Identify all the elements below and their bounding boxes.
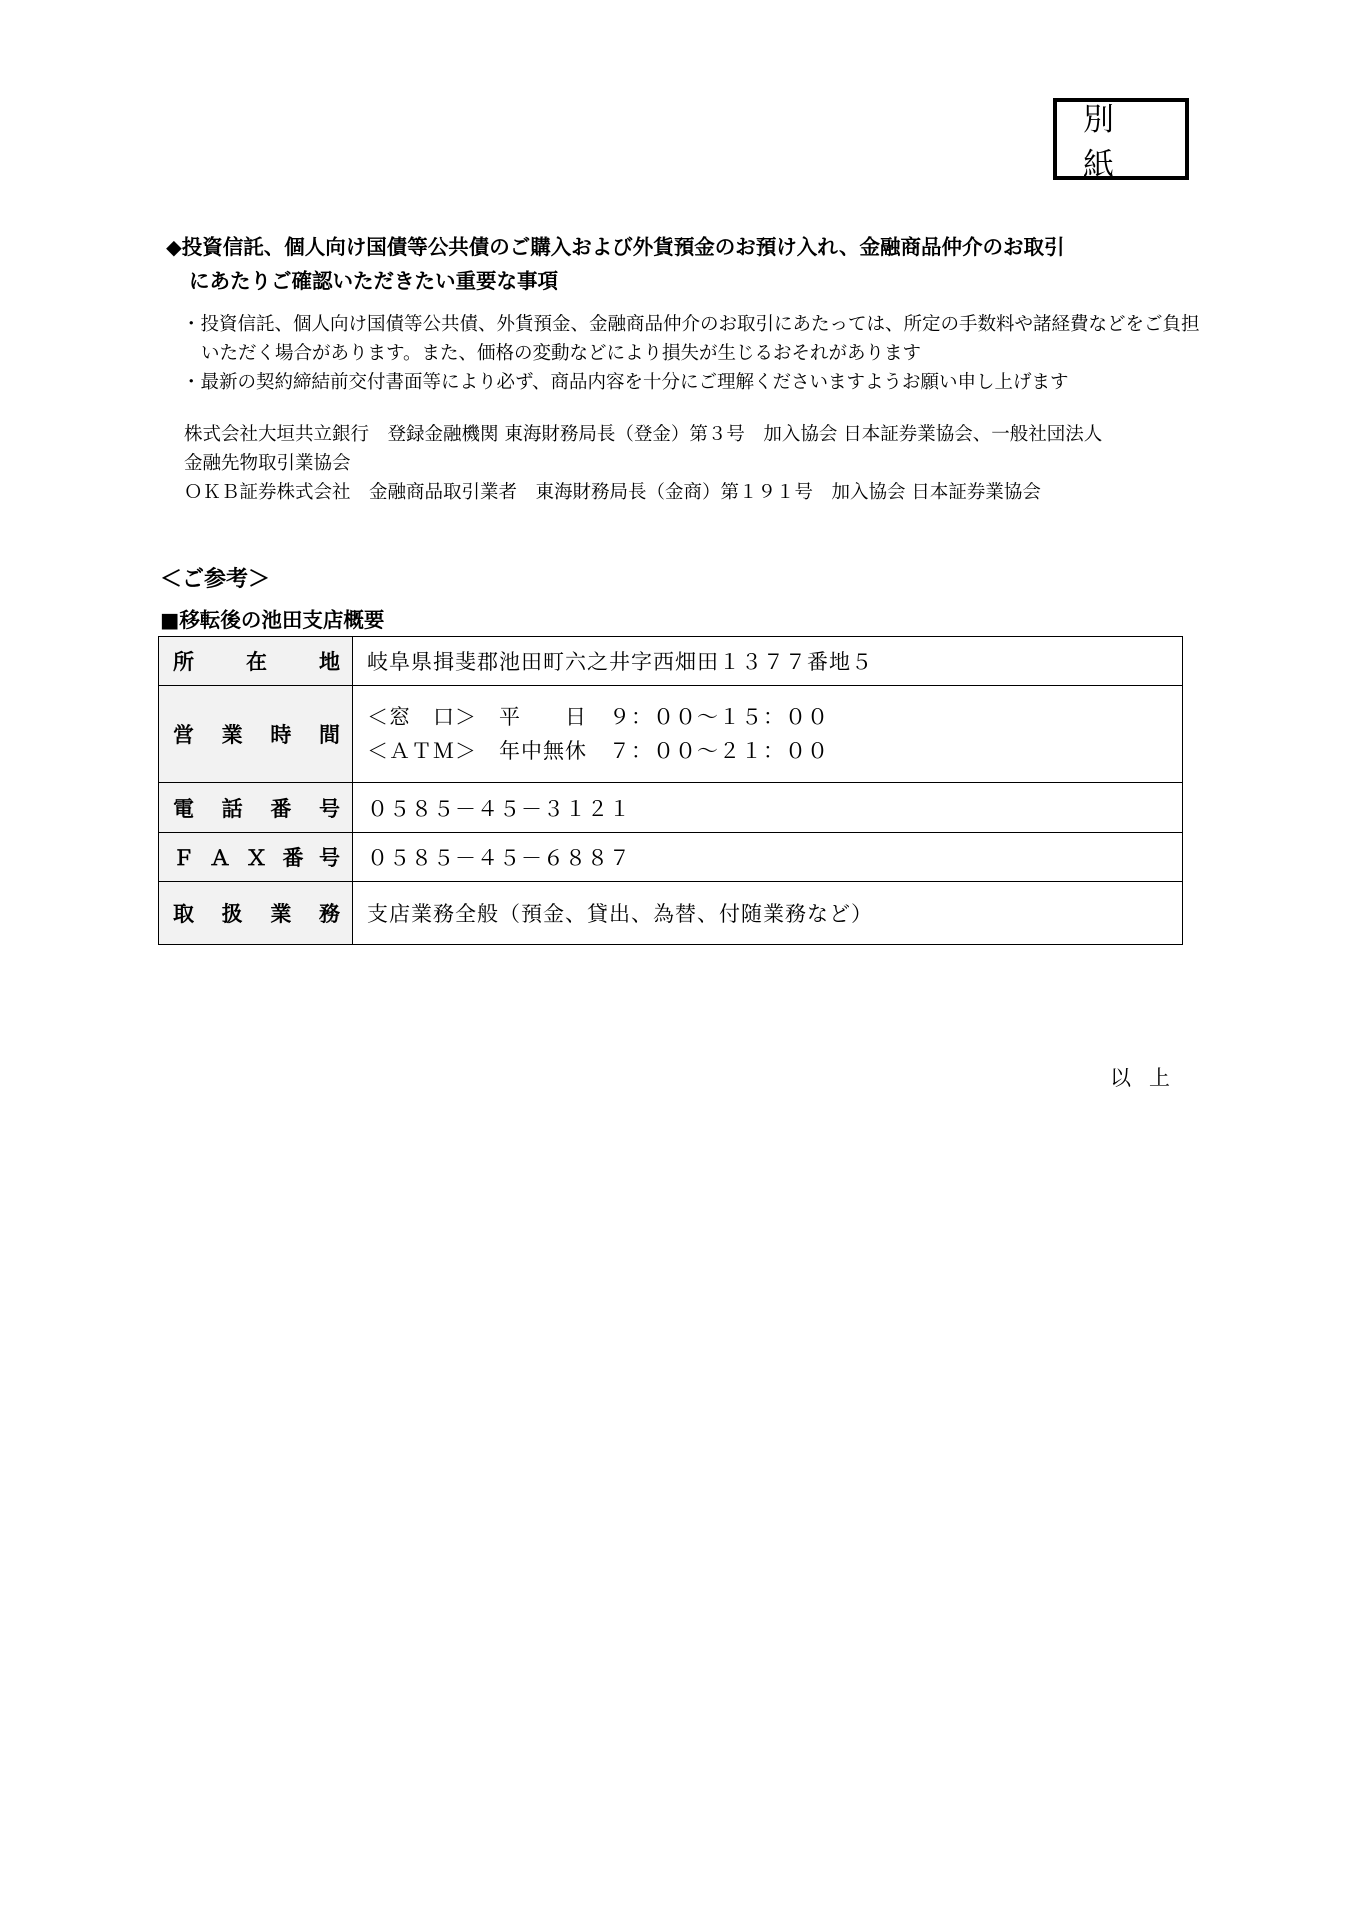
hours-atm: ＜ＡＴＭ＞ 年中無休 ７：００～２１：００ bbox=[367, 734, 1182, 768]
value-services: 支店業務全般（預金、貸出、為替、付随業務など） bbox=[353, 882, 1183, 945]
branch-overview-table: 所 在 地 岐阜県揖斐郡池田町六之井字西畑田１３７７番地５ 営 業 時 間 ＜窓… bbox=[158, 636, 1183, 945]
section-title: ■移転後の池田支店概要 bbox=[160, 603, 384, 633]
value-business-hours: ＜窓 口＞ 平 日 ９：００～１５：００ ＜ＡＴＭ＞ 年中無休 ７：００～２１：… bbox=[353, 686, 1183, 783]
registration-bank: 株式会社大垣共立銀行 登録金融機関 東海財務局長（登金）第３号 加入協会 日本証… bbox=[184, 420, 1204, 449]
table-row-fax: Ｆ Ａ Ｘ 番 号 ０５８５－４５－６８８７ bbox=[159, 833, 1183, 882]
value-address: 岐阜県揖斐郡池田町六之井字西畑田１３７７番地５ bbox=[353, 637, 1183, 686]
important-notice-heading: ◆投資信託、個人向け国債等公共債のご購入および外貨預金のお預け入れ、金融商品仲介… bbox=[166, 230, 1196, 298]
closing-mark: 以上 bbox=[1110, 1062, 1188, 1092]
reference-heading: ＜ご参考＞ bbox=[160, 562, 270, 593]
table-row-hours: 営 業 時 間 ＜窓 口＞ 平 日 ９：００～１５：００ ＜ＡＴＭ＞ 年中無休 … bbox=[159, 686, 1183, 783]
registration-info: 株式会社大垣共立銀行 登録金融機関 東海財務局長（登金）第３号 加入協会 日本証… bbox=[184, 420, 1204, 507]
table-row-address: 所 在 地 岐阜県揖斐郡池田町六之井字西畑田１３７７番地５ bbox=[159, 637, 1183, 686]
hours-counter: ＜窓 口＞ 平 日 ９：００～１５：００ bbox=[367, 700, 1182, 734]
notice-bullet-documents: ・最新の契約締結前交付書面等により必ず、商品内容を十分にご理解くださいますようお… bbox=[182, 368, 1202, 397]
label-fax: Ｆ Ａ Ｘ 番 号 bbox=[159, 833, 353, 882]
value-phone: ０５８５－４５－３１２１ bbox=[353, 783, 1183, 833]
table-row-services: 取 扱 業 務 支店業務全般（預金、貸出、為替、付随業務など） bbox=[159, 882, 1183, 945]
registration-securities: ＯＫＢ証券株式会社 金融商品取引業者 東海財務局長（金商）第１９１号 加入協会 … bbox=[184, 478, 1204, 507]
notice-bullet-list: ・投資信託、個人向け国債等公共債、外貨預金、金融商品仲介のお取引にあたっては、所… bbox=[182, 310, 1202, 397]
notice-bullet-fees: ・投資信託、個人向け国債等公共債、外貨預金、金融商品仲介のお取引にあたっては、所… bbox=[182, 310, 1202, 368]
notice-heading-line-1: ◆投資信託、個人向け国債等公共債のご購入および外貨預金のお預け入れ、金融商品仲介… bbox=[166, 235, 1065, 259]
label-business-hours: 営 業 時 間 bbox=[159, 686, 353, 783]
value-fax: ０５８５－４５－６８８７ bbox=[353, 833, 1183, 882]
attachment-stamp-label: 別紙 bbox=[1083, 94, 1185, 184]
label-phone: 電 話 番 号 bbox=[159, 783, 353, 833]
label-address: 所 在 地 bbox=[159, 637, 353, 686]
notice-heading-line-2: にあたりご確認いただきたい重要な事項 bbox=[166, 264, 1196, 298]
label-services: 取 扱 業 務 bbox=[159, 882, 353, 945]
table-row-phone: 電 話 番 号 ０５８５－４５－３１２１ bbox=[159, 783, 1183, 833]
attachment-stamp: 別紙 bbox=[1053, 98, 1189, 180]
registration-bank-continued: 金融先物取引業協会 bbox=[184, 449, 1204, 478]
